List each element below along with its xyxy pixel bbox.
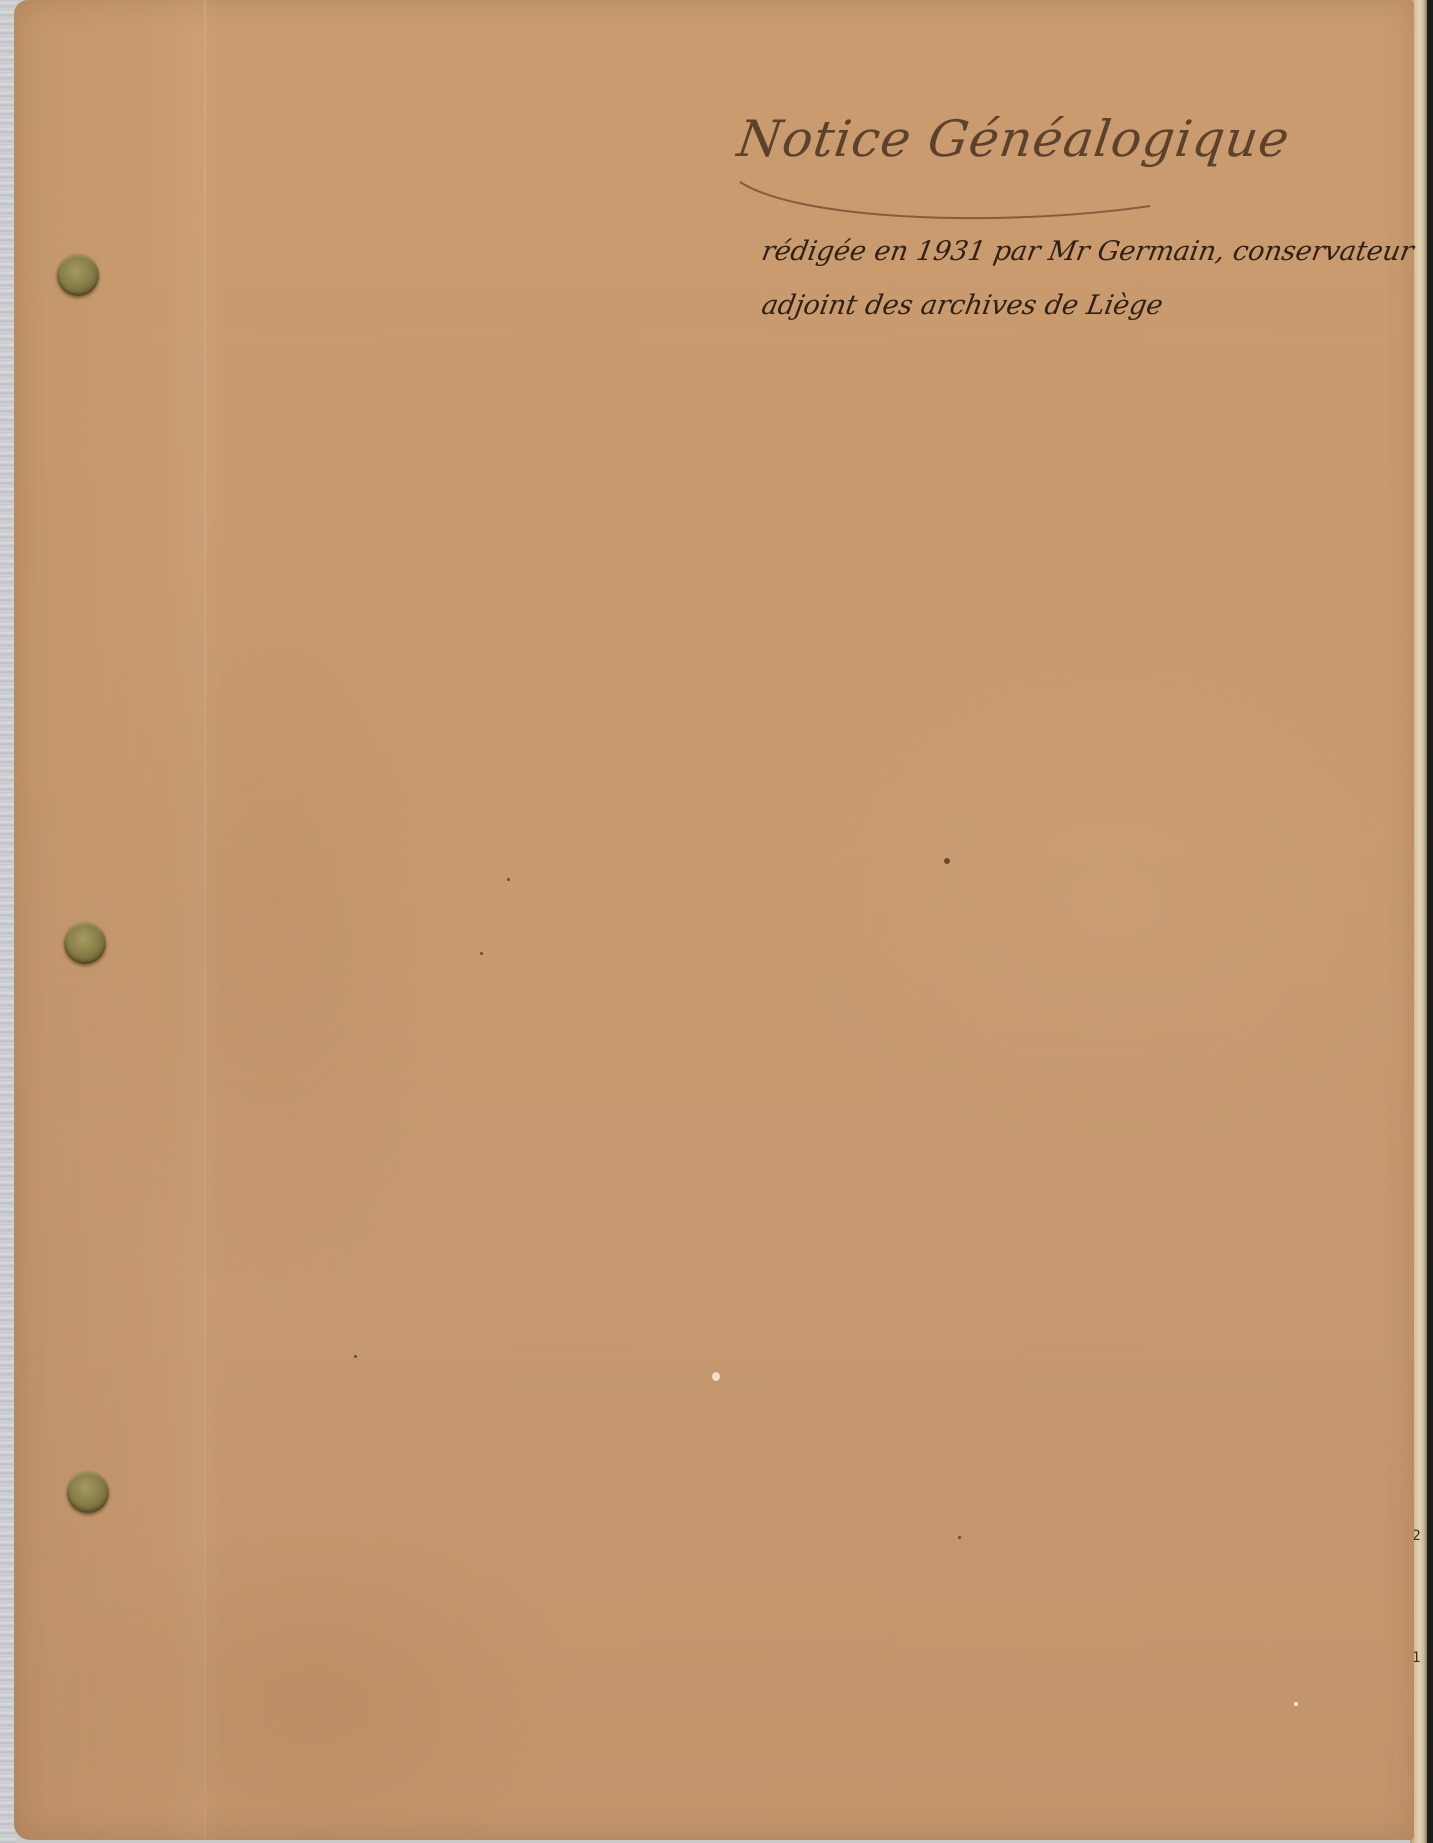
- folder-cover: [14, 0, 1414, 1840]
- blemish: [944, 858, 950, 864]
- blemish: [507, 878, 510, 881]
- rivet-top: [57, 254, 99, 296]
- note-line-2: adjoint des archives de Liège: [759, 290, 1165, 321]
- blemish: [712, 1372, 720, 1381]
- rivet-middle: [64, 922, 106, 964]
- rivet-bottom: [67, 1471, 109, 1513]
- blemish: [480, 952, 483, 955]
- blemish: [1294, 1702, 1298, 1706]
- note-line-1: rédigée en 1931 par Mr Germain, conserva…: [759, 236, 1416, 267]
- fold-line: [204, 0, 206, 1840]
- document-title: Notice Généalogique: [734, 110, 1294, 168]
- blemish: [354, 1355, 357, 1358]
- title-underline: [738, 170, 1158, 230]
- scanner-edge: [1427, 0, 1433, 1843]
- blemish: [958, 1536, 961, 1539]
